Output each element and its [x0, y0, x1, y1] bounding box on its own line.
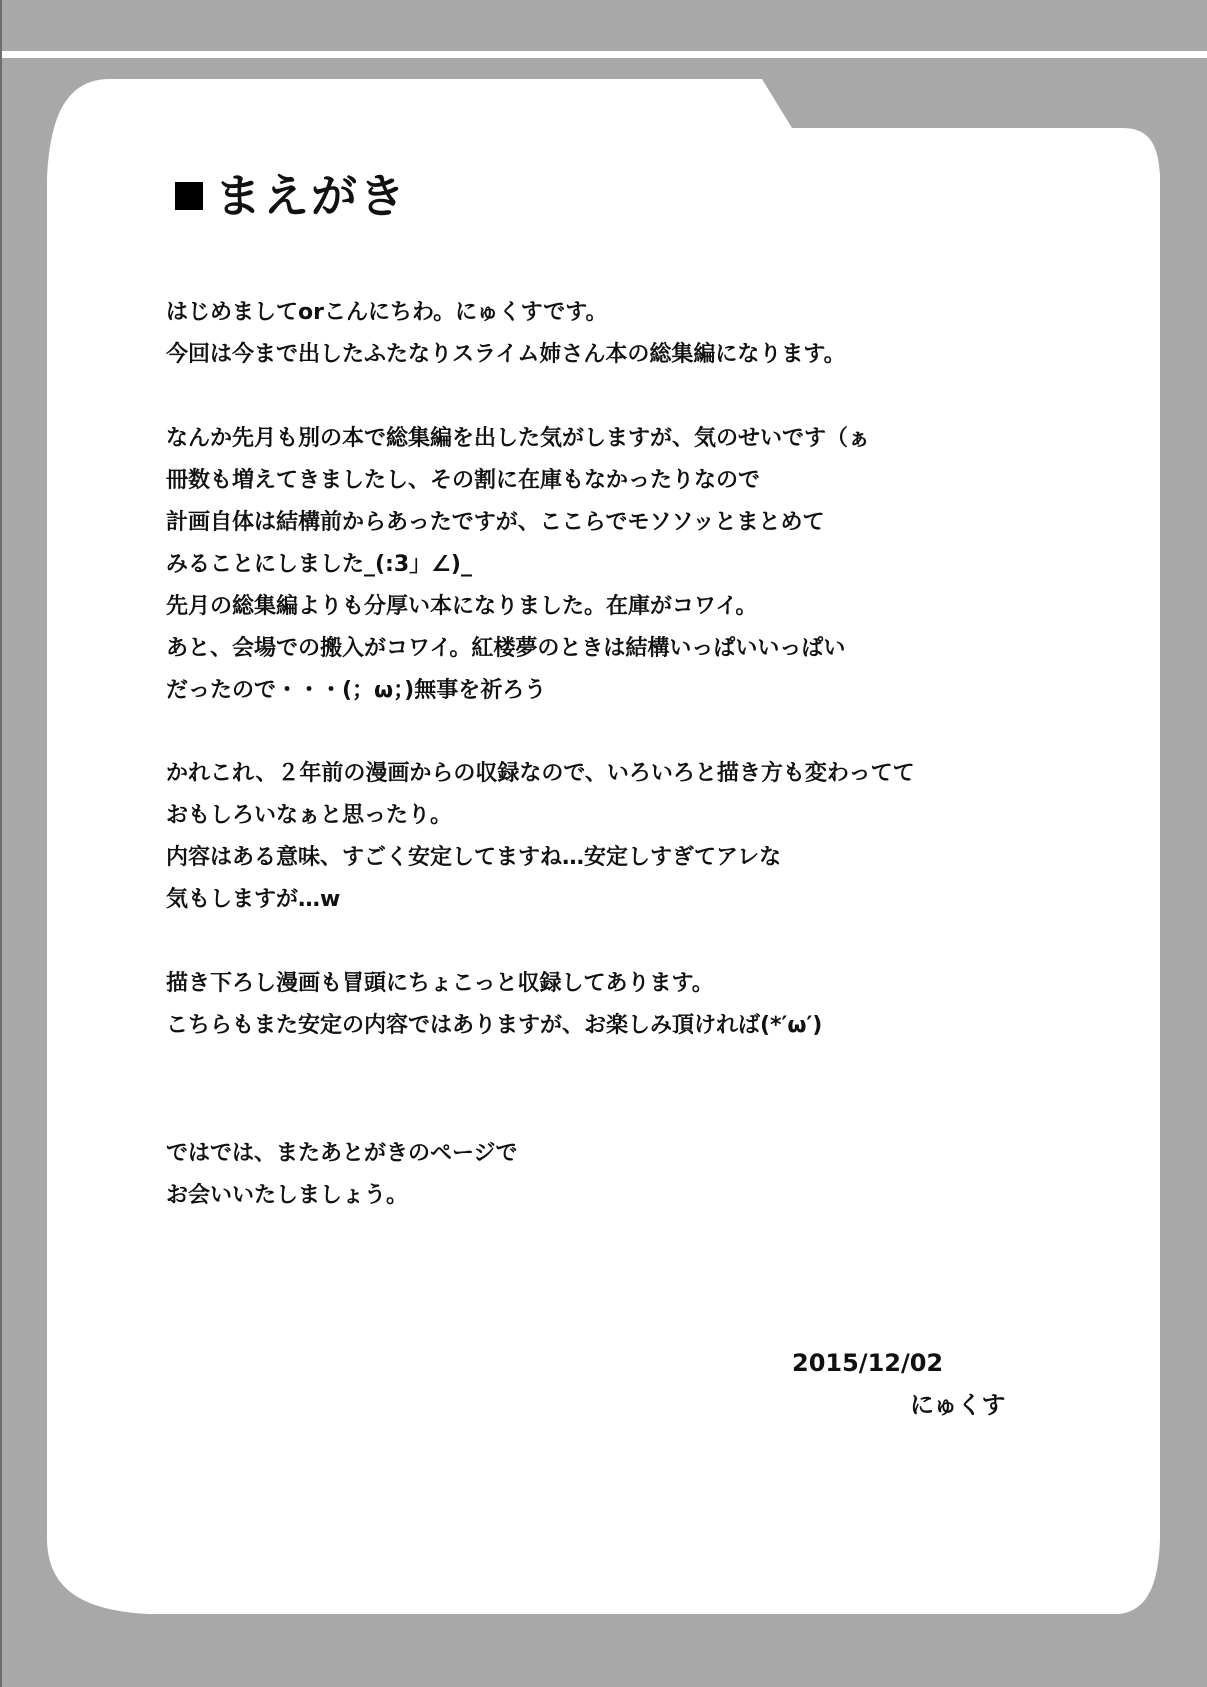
text-line: はじめましてorこんにちわ。にゅくすです。	[166, 292, 846, 334]
signature-date: 2015/12/02	[792, 1346, 943, 1380]
text-line: なんか先月も別の本で総集編を出した気がしますが、気のせいです（ぁ	[166, 418, 870, 460]
paragraph-greeting: はじめましてorこんにちわ。にゅくすです。 今回は今まで出したふたなりスライム姉…	[166, 292, 846, 376]
text-line: あと、会場での搬入がコワイ。紅楼夢のときは結構いっぱいいっぱい	[166, 628, 870, 670]
paragraph-drawing-style: かれこれ、２年前の漫画からの収録なので、いろいろと描き方も変わってて おもしろい…	[166, 753, 915, 921]
text-line: みることにしました_(:3」∠)_	[166, 544, 870, 586]
text-line: こちらもまた安定の内容ではありますが、お楽しみ頂ければ(*′ω′)	[166, 1005, 822, 1047]
signature-author: にゅくす	[910, 1388, 1006, 1422]
text-line: 気もしますが…w	[166, 879, 915, 921]
square-bullet-icon	[175, 182, 203, 210]
text-line: ではでは、またあとがきのページで	[166, 1133, 518, 1175]
text-line: だったので・・・(；ω；)無事を祈ろう	[166, 670, 870, 712]
paragraph-new-manga: 描き下ろし漫画も冒頭にちょこっと収録してあります。 こちらもまた安定の内容ではあ…	[166, 963, 822, 1047]
document-content: まえがき はじめましてorこんにちわ。にゅくすです。 今回は今まで出したふたなり…	[0, 0, 1207, 1687]
text-line: 計画自体は結構前からあったですが、ここらでモソソッとまとめて	[166, 502, 870, 544]
text-line: 描き下ろし漫画も冒頭にちょこっと収録してあります。	[166, 963, 822, 1005]
text-line: 内容はある意味、すごく安定してますね…安定しすぎてアレな	[166, 837, 915, 879]
text-line: 先月の総集編よりも分厚い本になりました。在庫がコワイ。	[166, 586, 870, 628]
text-line: 冊数も増えてきましたし、その割に在庫もなかったりなので	[166, 460, 870, 502]
page-title: まえがき	[175, 168, 407, 224]
text-line: おもしろいなぁと思ったり。	[166, 795, 915, 837]
page-title-text: まえがき	[215, 168, 407, 224]
text-line: お会いいたしましょう。	[166, 1175, 518, 1217]
paragraph-compilation-plan: なんか先月も別の本で総集編を出した気がしますが、気のせいです（ぁ 冊数も増えてき…	[166, 418, 870, 712]
paragraph-closing: ではでは、またあとがきのページで お会いいたしましょう。	[166, 1133, 518, 1217]
text-line: 今回は今まで出したふたなりスライム姉さん本の総集編になります。	[166, 334, 846, 376]
text-line: かれこれ、２年前の漫画からの収録なので、いろいろと描き方も変わってて	[166, 753, 915, 795]
